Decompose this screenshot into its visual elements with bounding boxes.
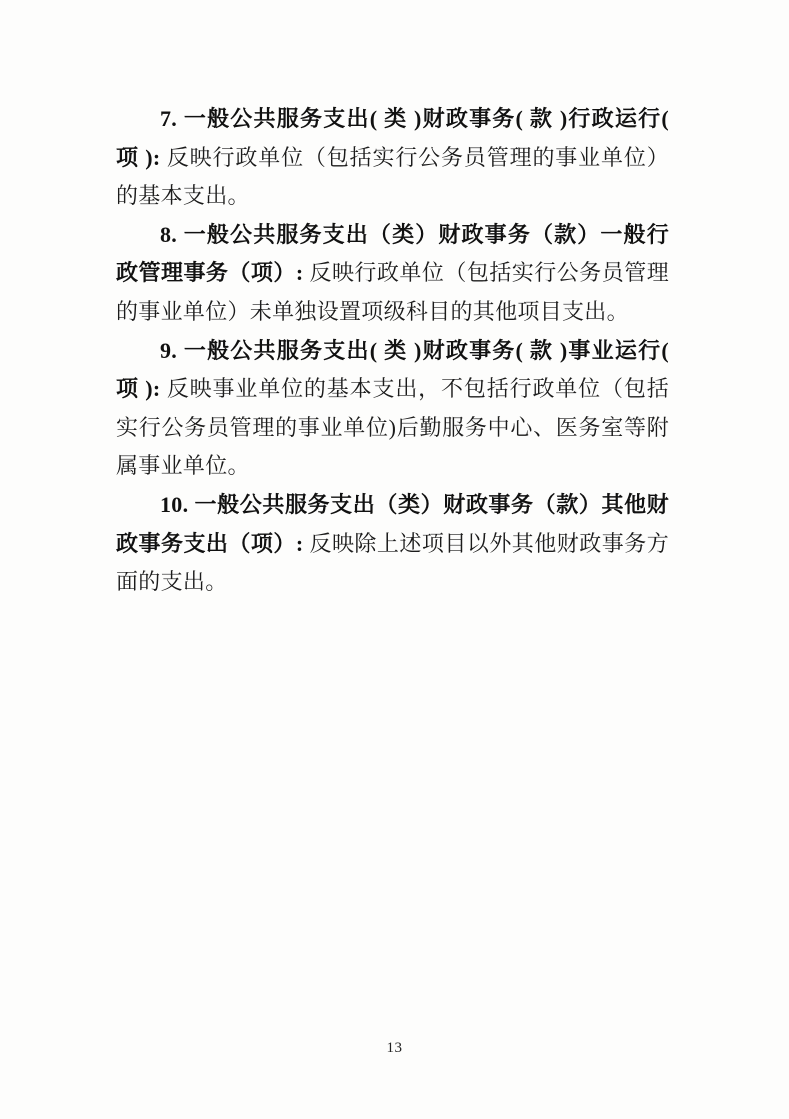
page-number: 13 — [0, 1040, 789, 1057]
budget-item-7: 7. 一般公共服务支出( 类 )财政事务( 款 )行政运行( 项 ): 反映行政… — [116, 100, 669, 216]
budget-item-7-text: 反映行政单位（包括实行公务员管理的事业单位）的基本支出。 — [116, 145, 669, 209]
document-page: 7. 一般公共服务支出( 类 )财政事务( 款 )行政运行( 项 ): 反映行政… — [0, 0, 789, 1119]
budget-item-8: 8. 一般公共服务支出（类）财政事务（款）一般行政管理事务（项）: 反映行政单位… — [116, 216, 669, 332]
document-body: 7. 一般公共服务支出( 类 )财政事务( 款 )行政运行( 项 ): 反映行政… — [116, 100, 669, 602]
budget-item-9-text: 反映事业单位的基本支出，不包括行政单位（包括实行公务员管理的事业单位)后勤服务中… — [116, 376, 669, 478]
budget-item-10: 10. 一般公共服务支出（类）财政事务（款）其他财政事务支出（项）: 反映除上述… — [116, 486, 669, 602]
budget-item-9: 9. 一般公共服务支出( 类 )财政事务( 款 )事业运行( 项 ): 反映事业… — [116, 332, 669, 486]
